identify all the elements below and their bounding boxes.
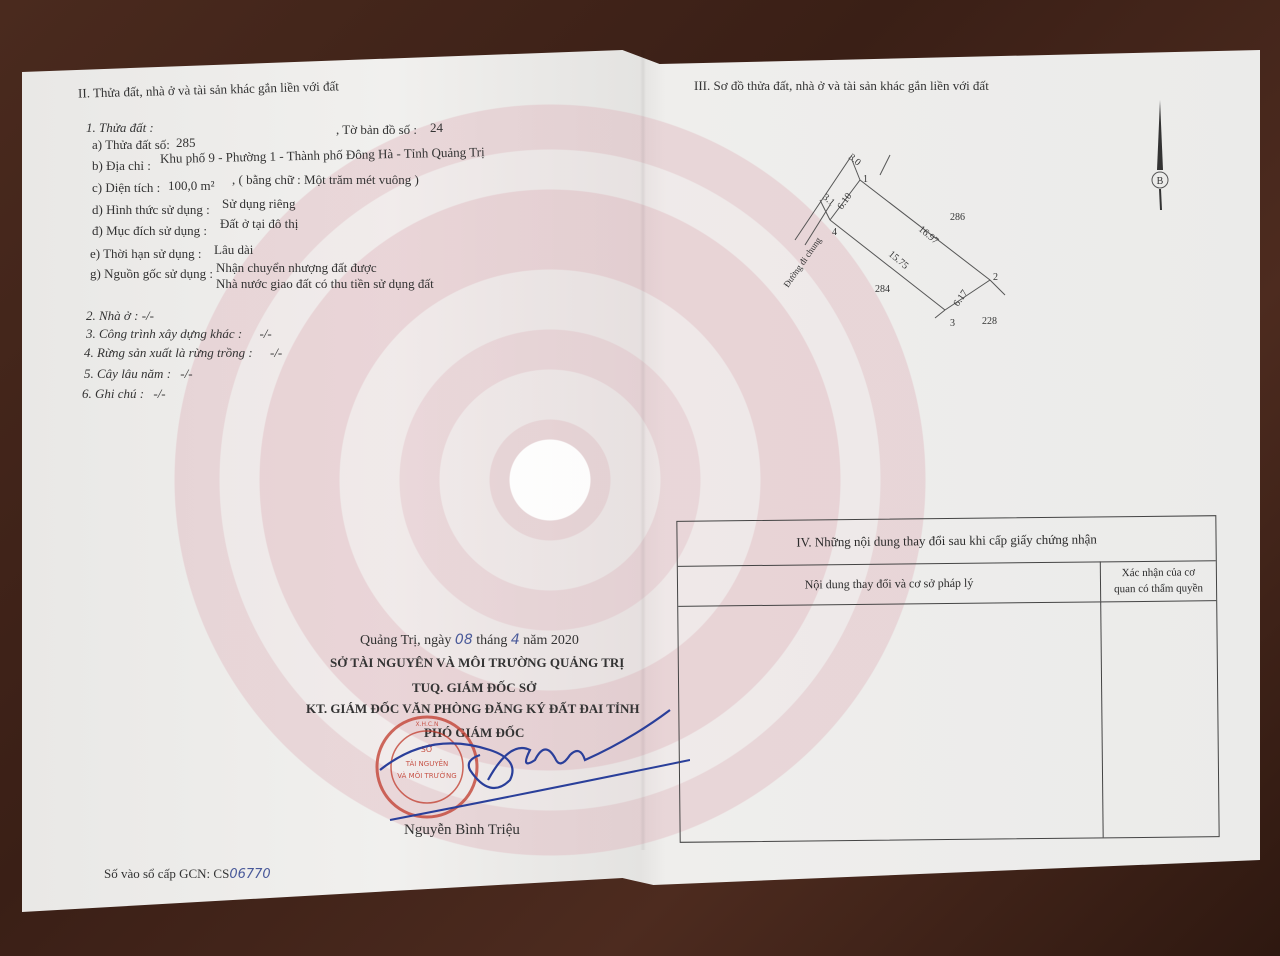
origin-line1: Nhận chuyển nhượng đất được bbox=[216, 260, 377, 276]
neighbor-228: 228 bbox=[982, 316, 997, 327]
changes-table-title: IV. Những nội dung thay đổi sau khi cấp … bbox=[677, 516, 1215, 567]
column-divider bbox=[1100, 601, 1103, 837]
edge-3.0: 3.0 bbox=[846, 152, 863, 168]
point-4: 4 bbox=[832, 227, 837, 238]
date-day: 08 bbox=[455, 632, 473, 648]
header-authority-line2: quan có thẩm quyền bbox=[1101, 580, 1216, 597]
parcel-heading: 1. Thửa đất : bbox=[86, 120, 154, 136]
changes-table: IV. Những nội dung thay đổi sau khi cấp … bbox=[676, 515, 1219, 843]
usage-purpose-label: đ) Mục đích sử dụng : bbox=[92, 223, 207, 239]
map-sheet: 24 bbox=[430, 120, 443, 136]
item-forest-label: 4. Rừng sản xuất là rừng trồng : bbox=[84, 345, 253, 360]
issuing-org: SỞ TÀI NGUYÊN VÀ MÔI TRƯỜNG QUẢNG TRỊ bbox=[330, 655, 624, 671]
point-3: 3 bbox=[950, 318, 955, 329]
register-number: Số vào sổ cấp GCN: CS06770 bbox=[104, 866, 271, 882]
point-2: 2 bbox=[993, 272, 998, 283]
parcel-number: 285 bbox=[176, 135, 196, 151]
header-change-content: Nội dung thay đổi và cơ sở pháp lý bbox=[678, 561, 1100, 605]
register-number-value: 06770 bbox=[229, 867, 270, 882]
origin-line2: Nhà nước giao đất có thu tiền sử dụng đấ… bbox=[216, 276, 434, 292]
date-month-label: tháng bbox=[476, 633, 507, 648]
item-house: 2. Nhà ở : -/- bbox=[86, 308, 154, 324]
item-house-value: -/- bbox=[142, 308, 154, 323]
area-words: , ( bằng chữ : Một trăm mét vuông ) bbox=[232, 172, 419, 188]
signer-name: Nguyễn Bình Triệu bbox=[404, 822, 520, 839]
item-perennial-trees: 5. Cây lâu năm : -/- bbox=[84, 366, 193, 382]
north-arrow-icon: B bbox=[1140, 95, 1180, 215]
item-other-construction-label: 3. Công trình xây dựng khác : bbox=[86, 326, 242, 341]
usage-form-value: Sử dụng riêng bbox=[222, 196, 296, 212]
item-forest: 4. Rừng sản xuất là rừng trồng : -/- bbox=[84, 345, 282, 361]
parcel-diagram: 3.0 3.1 6.10 16.97 15.75 6.17 1 2 3 4 28… bbox=[760, 140, 1060, 360]
item-forest-value: -/- bbox=[270, 345, 282, 360]
item-perennial-trees-label: 5. Cây lâu năm : bbox=[84, 366, 171, 381]
usage-form-label: d) Hình thức sử dụng : bbox=[92, 202, 210, 218]
date-year: năm 2020 bbox=[523, 633, 579, 648]
item-notes-value: -/- bbox=[153, 386, 165, 401]
authority-line2: TUQ. GIÁM ĐỐC SỞ bbox=[412, 680, 536, 696]
changes-table-header: Nội dung thay đổi và cơ sở pháp lý Xác n… bbox=[678, 560, 1216, 607]
address-label: b) Địa chỉ : bbox=[92, 158, 151, 174]
origin-label: g) Nguồn gốc sử dụng : bbox=[90, 266, 213, 282]
point-1: 1 bbox=[863, 174, 868, 185]
edge-15.75: 15.75 bbox=[886, 249, 910, 272]
header-authority-confirmation: Xác nhận của cơ quan có thẩm quyền bbox=[1100, 560, 1216, 601]
place-date: Quảng Trị, ngày 08 tháng 4 năm 2020 bbox=[360, 632, 579, 649]
item-house-label: 2. Nhà ở : bbox=[86, 308, 138, 323]
svg-text:B: B bbox=[1157, 176, 1164, 187]
item-other-construction-value: -/- bbox=[259, 326, 271, 341]
item-perennial-trees-value: -/- bbox=[180, 366, 192, 381]
edge-16.97: 16.97 bbox=[916, 224, 940, 247]
edge-6.17: 6.17 bbox=[951, 288, 970, 309]
register-label: Số vào sổ cấp GCN: CS bbox=[104, 866, 229, 881]
item-notes-label: 6. Ghi chú : bbox=[82, 386, 144, 401]
place-date-prefix: Quảng Trị, ngày bbox=[360, 633, 451, 648]
map-sheet-label: , Tờ bản đồ số : bbox=[336, 122, 417, 138]
parcel-number-label: a) Thửa đất số: bbox=[92, 137, 170, 153]
item-notes: 6. Ghi chú : -/- bbox=[82, 386, 166, 402]
date-month: 4 bbox=[511, 632, 520, 648]
usage-term-value: Lâu dài bbox=[214, 242, 253, 258]
item-other-construction: 3. Công trình xây dựng khác : -/- bbox=[86, 326, 272, 342]
road-label: Đường đi chung bbox=[781, 235, 823, 289]
header-authority-line1: Xác nhận của cơ bbox=[1101, 564, 1216, 581]
neighbor-284: 284 bbox=[875, 284, 890, 295]
neighbor-286: 286 bbox=[950, 212, 965, 223]
section-iii-title: III. Sơ đồ thửa đất, nhà ở và tài sản kh… bbox=[694, 78, 989, 94]
usage-purpose-value: Đất ở tại đô thị bbox=[220, 216, 298, 232]
signature bbox=[370, 700, 690, 840]
usage-term-label: e) Thời hạn sử dụng : bbox=[90, 246, 202, 262]
area-value: 100,0 m² bbox=[168, 178, 215, 194]
area-label: c) Diện tích : bbox=[92, 180, 160, 196]
